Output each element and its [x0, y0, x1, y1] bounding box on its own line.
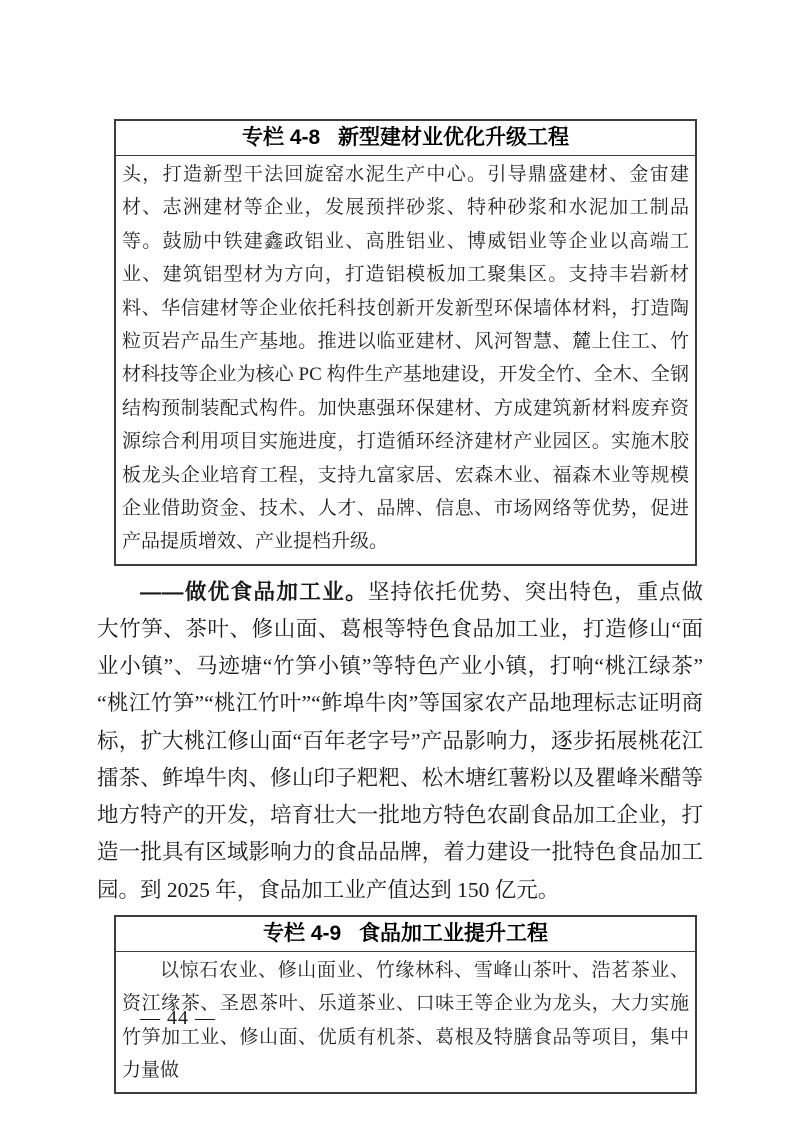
column-box-4-8-header: 专栏 4-8新型建材业优化升级工程: [116, 121, 695, 156]
paragraph-food-processing-text: 坚持依托优势、突出特色，重点做大竹笋、茶叶、修山面、葛根等特色食品加工业，打造修…: [97, 580, 703, 902]
column-box-4-9-label: 专栏 4-9: [263, 922, 341, 945]
document-page: 专栏 4-8新型建材业优化升级工程 头，打造新型干法回旋窑水泥生产中心。引导鼎盛…: [0, 0, 794, 1122]
column-box-4-8-label: 专栏 4-8: [242, 126, 320, 149]
column-box-4-8: 专栏 4-8新型建材业优化升级工程 头，打造新型干法回旋窑水泥生产中心。引导鼎盛…: [114, 119, 697, 566]
page-content: 专栏 4-8新型建材业优化升级工程 头，打造新型干法回旋窑水泥生产中心。引导鼎盛…: [97, 119, 703, 1094]
paragraph-food-processing-lead: ——做优食品加工业。: [140, 580, 368, 604]
column-box-4-9-header: 专栏 4-9食品加工业提升工程: [116, 917, 695, 952]
paragraph-food-processing: ——做优食品加工业。坚持依托优势、突出特色，重点做大竹笋、茶叶、修山面、葛根等特…: [97, 574, 703, 909]
column-box-4-9-title: 食品加工业提升工程: [359, 922, 548, 945]
column-box-4-8-title: 新型建材业优化升级工程: [338, 126, 569, 149]
column-box-4-9: 专栏 4-9食品加工业提升工程 以惊石农业、修山面业、竹缘林科、雪峰山茶叶、浩茗…: [114, 915, 697, 1095]
column-box-4-8-body: 头，打造新型干法回旋窑水泥生产中心。引导鼎盛建材、金宙建材、志洲建材等企业，发展…: [116, 156, 695, 564]
page-number: — 44 —: [140, 1007, 216, 1030]
